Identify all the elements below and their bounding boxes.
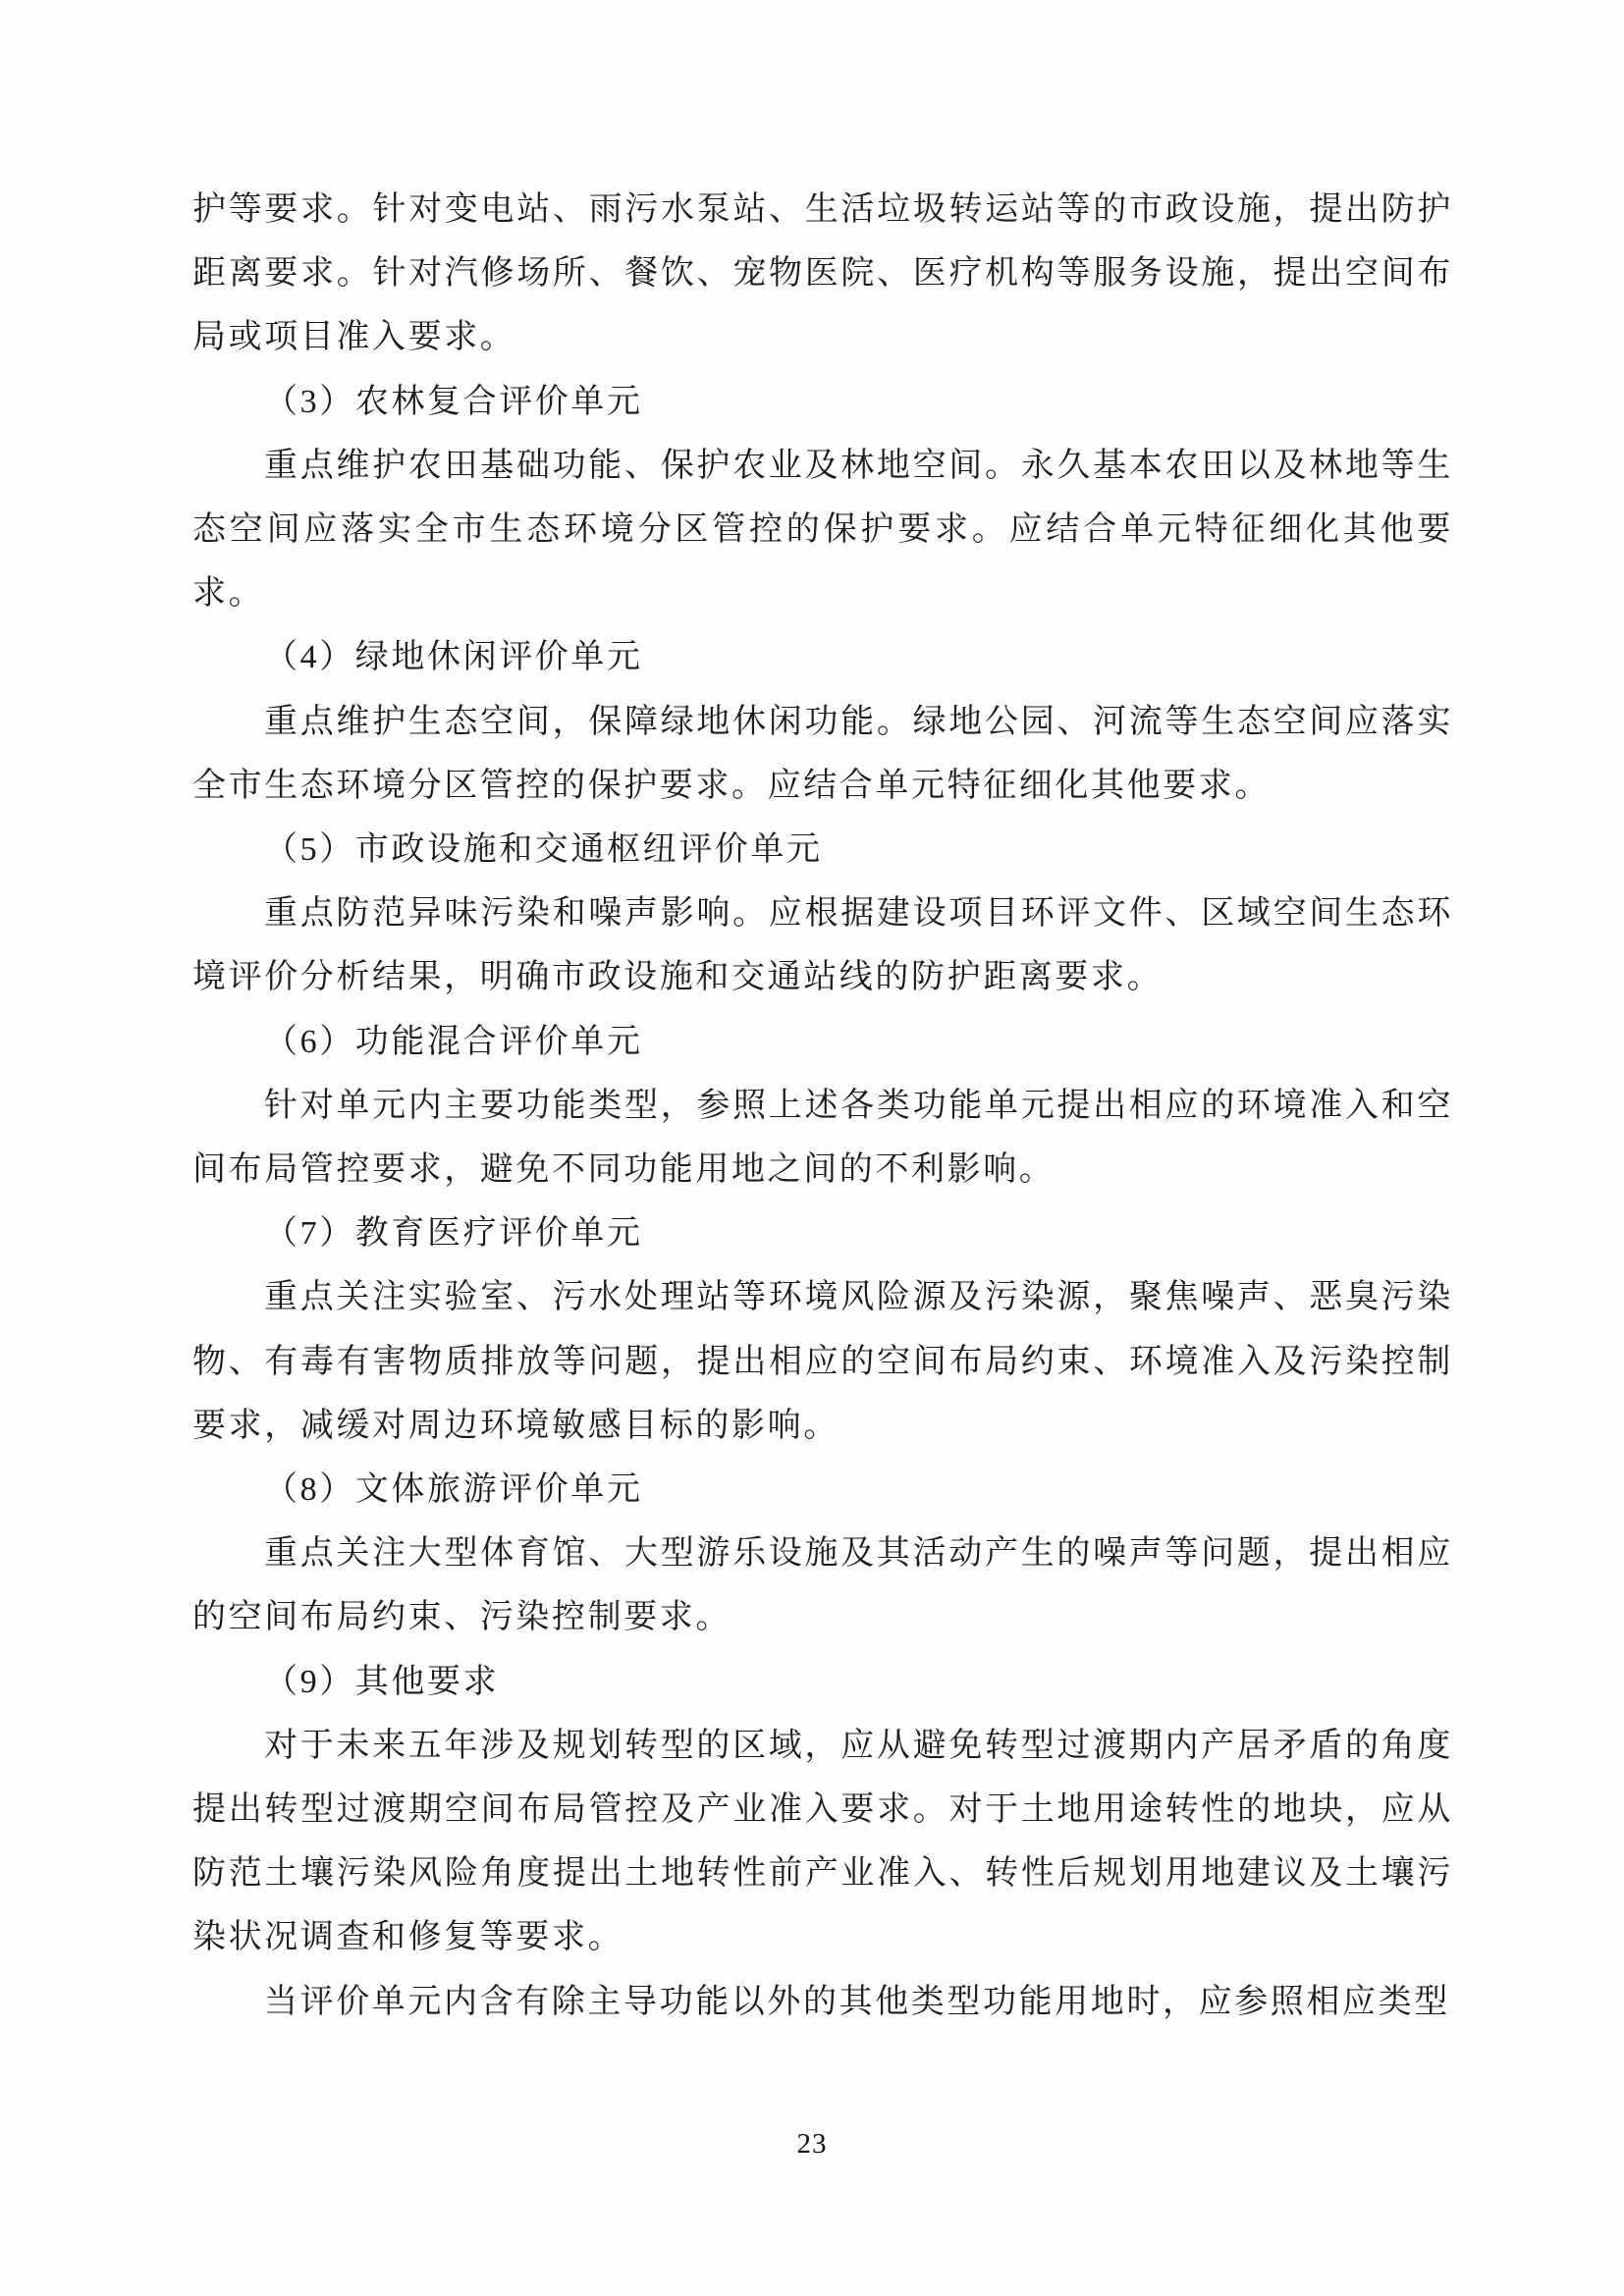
paragraph: 针对单元内主要功能类型，参照上述各类功能单元提出相应的环境准入和空间布局管控要求… <box>192 1074 1453 1201</box>
paragraph: 对于未来五年涉及规划转型的区域，应从避免转型过渡期内产居矛盾的角度提出转型过渡期… <box>192 1714 1453 1970</box>
section-heading: （6）功能混合评价单元 <box>192 1010 1453 1074</box>
section-heading: （4）绿地休闲评价单元 <box>192 625 1453 689</box>
page-number: 23 <box>0 2128 1624 2161</box>
paragraph: 当评价单元内含有除主导功能以外的其他类型功能用地时，应参照相应类型 <box>192 1970 1453 2034</box>
paragraph: 护等要求。针对变电站、雨污水泵站、生活垃圾转运站等的市政设施，提出防护距离要求。… <box>192 178 1453 370</box>
section-heading: （9）其他要求 <box>192 1650 1453 1714</box>
section-heading: （7）教育医疗评价单元 <box>192 1201 1453 1265</box>
paragraph: 重点关注实验室、污水处理站等环境风险源及污染源，聚焦噪声、恶臭污染物、有毒有害物… <box>192 1265 1453 1458</box>
document-page: 护等要求。针对变电站、雨污水泵站、生活垃圾转运站等的市政设施，提出防护距离要求。… <box>0 0 1624 2296</box>
paragraph: 重点关注大型体育馆、大型游乐设施及其活动产生的噪声等问题，提出相应的空间布局约束… <box>192 1522 1453 1649</box>
section-heading: （8）文体旅游评价单元 <box>192 1458 1453 1522</box>
document-body: 护等要求。针对变电站、雨污水泵站、生活垃圾转运站等的市政设施，提出防护距离要求。… <box>192 178 1453 2034</box>
paragraph: 重点维护生态空间，保障绿地休闲功能。绿地公园、河流等生态空间应落实全市生态环境分… <box>192 690 1453 818</box>
paragraph: 重点防范异味污染和噪声影响。应根据建设项目环评文件、区域空间生态环境评价分析结果… <box>192 881 1453 1009</box>
section-heading: （3）农林复合评价单元 <box>192 370 1453 434</box>
paragraph: 重点维护农田基础功能、保护农业及林地空间。永久基本农田以及林地等生态空间应落实全… <box>192 434 1453 626</box>
section-heading: （5）市政设施和交通枢纽评价单元 <box>192 818 1453 881</box>
